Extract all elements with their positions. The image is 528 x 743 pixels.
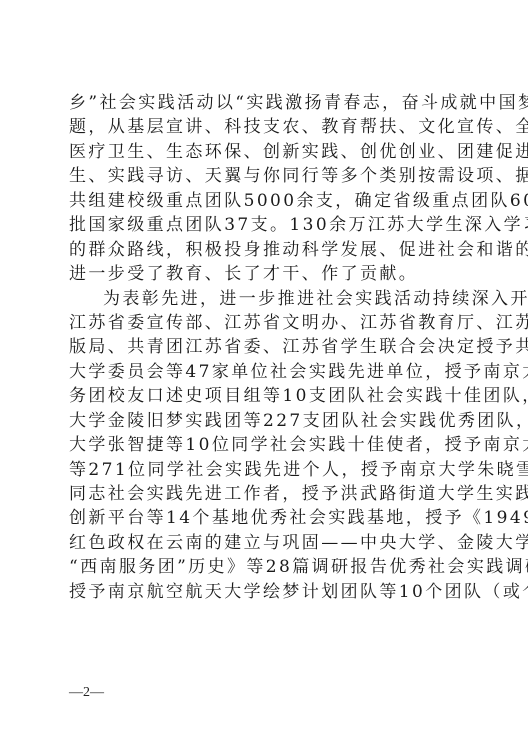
text-line: 为表彰先进，进一步推进社会实践活动持续深入开展，中共 [69,287,461,311]
text-line: 务团校友口述史项目组等10支团队社会实践十佳团队，授予南京 [69,384,461,408]
text-line: 乡”社会实践活动以“实践激扬青春志，奋斗成就中国梦”为主 [69,91,461,115]
text-line: 授予南京航空航天大学绘梦计划团队等10个团队（或个人）社会 [69,580,461,604]
text-line: 进一步受了教育、长了才干、作了贡献。 [69,262,461,286]
text-line: 红色政权在云南的建立与巩固——中央大学、金陵大学校友口述 [69,531,461,555]
text-line: 大学金陵旧梦实践团等227支团队社会实践优秀团队，授予东南 [69,409,461,433]
document-page: 乡”社会实践活动以“实践激扬青春志，奋斗成就中国梦”为主 题，从基层宣讲、科技支… [0,0,528,743]
text-line: 江苏省委宣传部、江苏省文明办、江苏省教育厅、江苏省新闻出 [69,311,461,335]
text-line: “西南服务团”历史》等28篇调研报告优秀社会实践调研报告， [69,555,461,579]
body-text: 乡”社会实践活动以“实践激扬青春志，奋斗成就中国梦”为主 题，从基层宣讲、科技支… [69,91,461,604]
text-line: 医疗卫生、生态环保、创新实践、创优创业、团建促进、彩虹人 [69,140,461,164]
page-number: —2— [69,685,104,701]
text-line: 同志社会实践先进工作者，授予洪武路街道大学生实践育人协同 [69,482,461,506]
text-line: 大学张智捷等10位同学社会实践十佳使者，授予南京大学车明键 [69,433,461,457]
text-line: 创新平台等14个基地优秀社会实践基地，授予《1949—1952： [69,506,461,530]
text-line: 批国家级重点团队37支。130余万江苏大学生深入学习、践行党 [69,213,461,237]
text-line: 大学委员会等47家单位社会实践先进单位，授予南京大学西南服 [69,360,461,384]
text-line: 版局、共青团江苏省委、江苏省学生联合会决定授予共青团南京 [69,335,461,359]
text-line: 的群众路线，积极投身推动科学发展、促进社会和谐的伟大实践， [69,238,461,262]
text-line: 等271位同学社会实践先进个人，授予南京大学朱晓雪等224位 [69,458,461,482]
text-line: 共组建校级重点团队5000余支，确定省级重点团队600余支，获 [69,189,461,213]
text-line: 生、实践寻访、天翼与你同行等多个类别按需设项、据项组团， [69,164,461,188]
text-line: 题，从基层宣讲、科技支农、教育帮扶、文化宣传、全民阅读、 [69,115,461,139]
